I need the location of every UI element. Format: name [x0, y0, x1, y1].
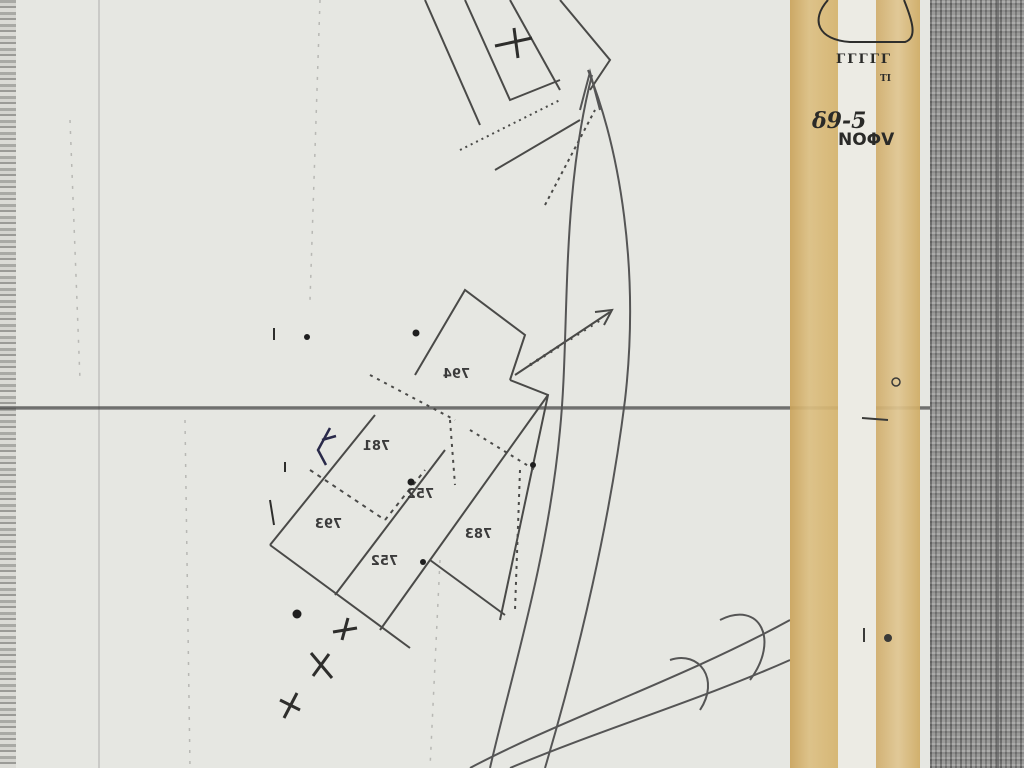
parcel-labels: 794 781 793 752 752 783	[315, 367, 492, 569]
cross-mark-top	[495, 28, 532, 58]
map-photo: 794 781 793 752 752 783	[0, 0, 1024, 768]
stamp-outline	[800, 0, 930, 60]
stamp-line-2: ΤΙ	[880, 74, 891, 84]
margin-marks	[850, 370, 910, 650]
pencil-road	[470, 70, 790, 768]
stamp-word: ΝΟΦV	[838, 130, 894, 150]
survey-points	[293, 330, 537, 619]
faint-dotted-lines	[70, 0, 440, 768]
tick-marks	[270, 328, 285, 525]
parcel-label-793: 793	[315, 517, 342, 532]
cross-mark	[311, 653, 332, 678]
bracket-mark	[318, 428, 336, 465]
stamp-line-1: ΓΓΓΓΓ	[836, 52, 892, 67]
parcel-label-794: 794	[443, 367, 470, 382]
cross-mark	[333, 618, 357, 640]
parcel-label-752-lower: 752	[371, 554, 398, 569]
cross-marks	[280, 618, 357, 718]
parcel-label-783: 783	[465, 527, 492, 542]
parcel-label-781: 781	[363, 439, 390, 454]
cross-mark	[280, 693, 300, 718]
parcel-outlines	[270, 290, 548, 648]
parcel-label-752-upper: 752	[407, 487, 434, 502]
carpet-background	[930, 0, 1024, 768]
carpet-seam	[996, 0, 999, 768]
